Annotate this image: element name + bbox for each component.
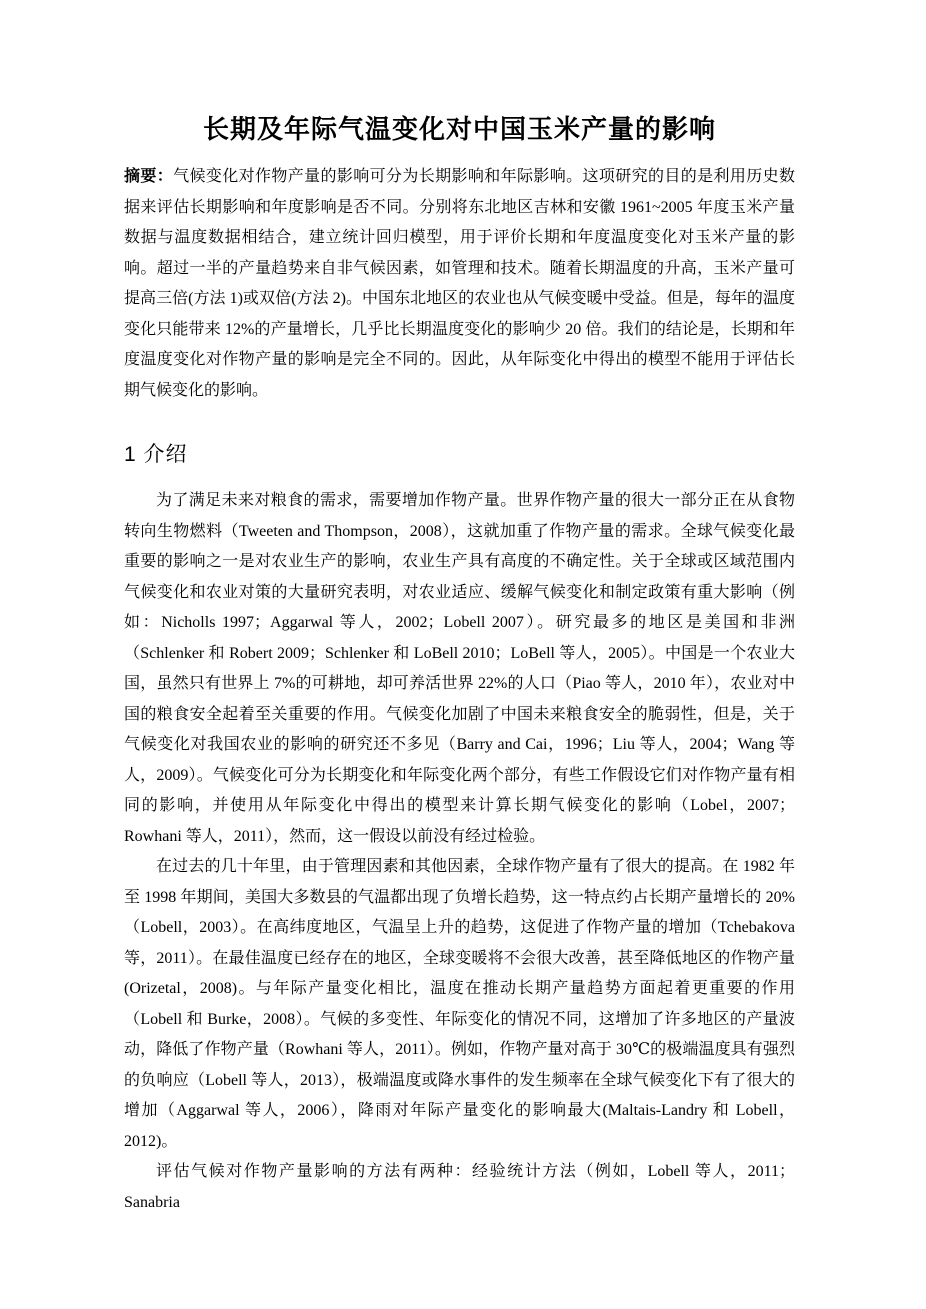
- intro-paragraph-2: 在过去的几十年里，由于管理因素和其他因素，全球作物产量有了很大的提高。在 198…: [124, 852, 795, 1157]
- document-page: 长期及年际气温变化对中国玉米产量的影响 摘要：气候变化对作物产量的影响可分为长期…: [0, 0, 926, 1309]
- abstract-paragraph: 摘要：气候变化对作物产量的影响可分为长期影响和年际影响。这项研究的目的是利用历史…: [124, 162, 795, 406]
- abstract-label: 摘要：: [124, 168, 173, 185]
- intro-paragraph-3: 评估气候对作物产量影响的方法有两种：经验统计方法（例如，Lobell 等人，20…: [124, 1157, 795, 1218]
- abstract-text: 气候变化对作物产量的影响可分为长期影响和年际影响。这项研究的目的是利用历史数据来…: [124, 168, 795, 399]
- document-title: 长期及年际气温变化对中国玉米产量的影响: [124, 0, 795, 148]
- document-content: 长期及年际气温变化对中国玉米产量的影响 摘要：气候变化对作物产量的影响可分为长期…: [0, 0, 926, 1218]
- intro-paragraph-1: 为了满足未来对粮食的需求，需要增加作物产量。世界作物产量的很大一部分正在从食物转…: [124, 486, 795, 852]
- section-heading-introduction: 1 介绍: [124, 442, 795, 468]
